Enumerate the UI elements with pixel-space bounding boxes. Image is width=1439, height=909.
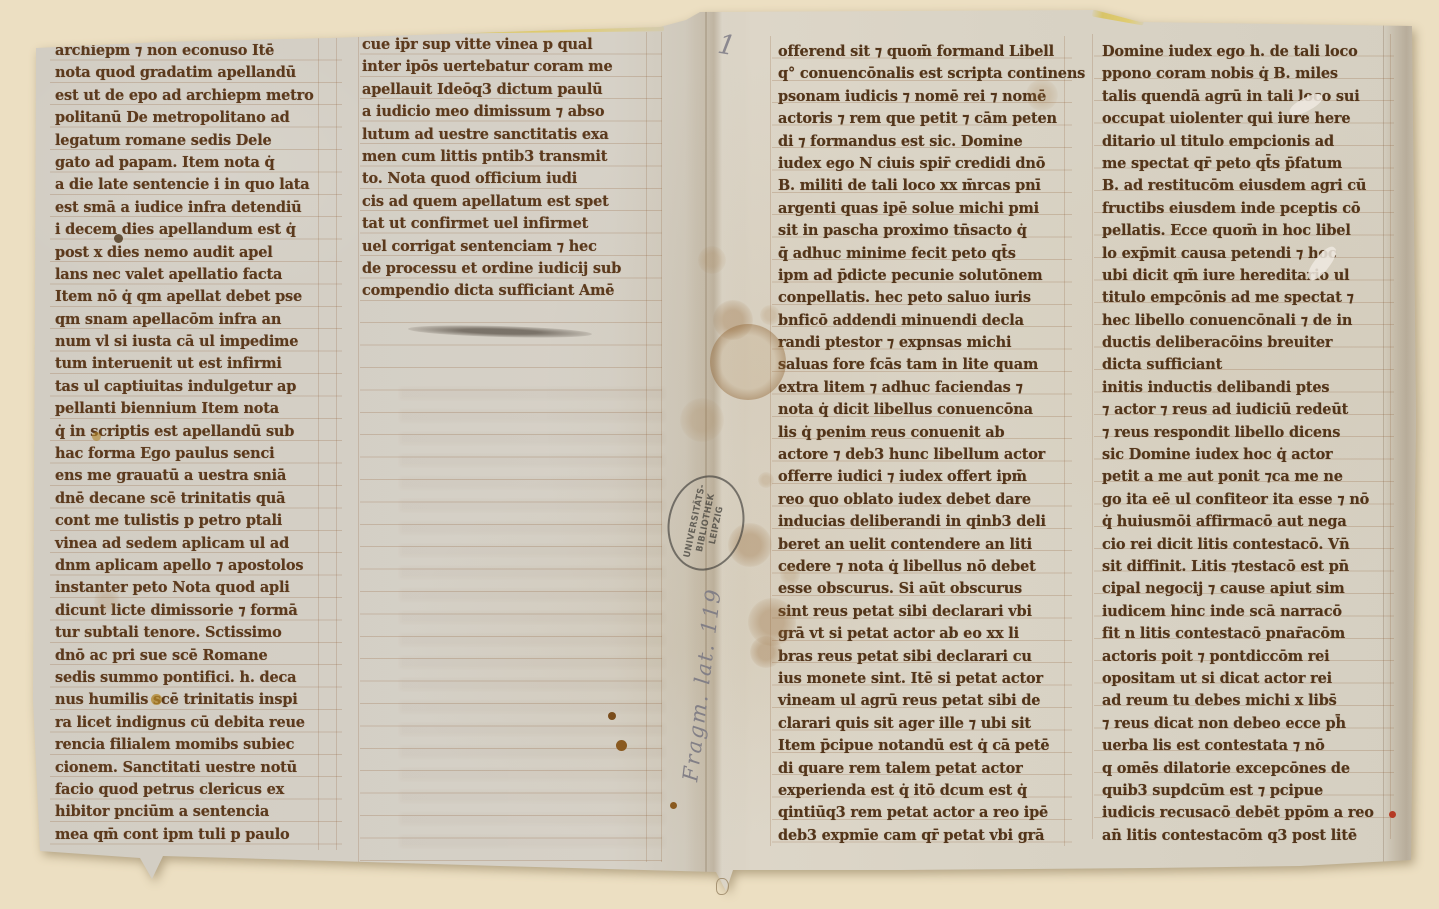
stain xyxy=(750,636,782,668)
manuscript-text-line: dnō ac pri sue scē Romane xyxy=(55,645,355,667)
ink-dot xyxy=(670,802,677,809)
manuscript-text-line: titulo empcōnis ad me spectat ⁊ xyxy=(1102,287,1402,309)
amber-spot xyxy=(151,694,162,705)
manuscript-text-line: randi ptestor ⁊ expnsas michi xyxy=(778,332,1078,354)
manuscript-text-line: nota q̇ dicit libellus conuencōna xyxy=(778,399,1078,421)
manuscript-text-line: vinea ad sedem aplicam ul ad xyxy=(55,533,355,555)
manuscript-text-line: reo quo oblato iudex debet dare xyxy=(778,489,1078,511)
manuscript-text-line: qm snam apellacōm infra an xyxy=(55,309,355,331)
manuscript-text-line: rencia filialem momibs subiec xyxy=(55,734,355,756)
manuscript-text-line: offerre iudici ⁊ iudex offert ipm̄ xyxy=(778,466,1078,488)
manuscript-text-line: uel corrigat sentenciam ⁊ hec xyxy=(362,236,662,258)
manuscript-text-line: sint reus petat sibi declarari vbi xyxy=(778,601,1078,623)
manuscript-text-line: to. Nota quod officium iudi xyxy=(362,168,662,190)
parchment-bifolium: archiepm ⁊ non econuso Itēnota quod grad… xyxy=(30,8,1418,898)
text-column-3: offerend sit ⁊ quom̄ formand Libellq° co… xyxy=(778,41,1078,847)
manuscript-text-line: compendio dicta sufficiant Amē xyxy=(362,280,662,302)
manuscript-text-line: i decem dies apellandum est q̇ xyxy=(55,219,355,241)
manuscript-text-line: ra licet indignus cū debita reue xyxy=(55,712,355,734)
manuscript-text-line: gato ad papam. Item nota q̇ xyxy=(55,152,355,174)
manuscript-text-line: Item p̄cipue notandū est q̇ cā petē xyxy=(778,735,1078,757)
red-pigment-dot xyxy=(1389,811,1396,818)
manuscript-text-line: ens me grauatū a uestra sniā xyxy=(55,465,355,487)
manuscript-text-line: hibitor pnciūm a sentencia xyxy=(55,801,355,823)
manuscript-text-line: petit a me aut ponit ⁊ca me ne xyxy=(1102,466,1402,488)
manuscript-text-line: deb3 expmīe cam qr̄ petat vbi grā xyxy=(778,825,1078,847)
manuscript-text-line: ubi dicit qm̄ iure hereditario ul xyxy=(1102,265,1402,287)
manuscript-text-line: fructibs eiusdem inde pceptis cō xyxy=(1102,198,1402,220)
manuscript-text-line: lo exp̄mit causa petendi ⁊ hoc xyxy=(1102,243,1402,265)
manuscript-text-line: cipal negocij ⁊ cause apiut sim xyxy=(1102,578,1402,600)
manuscript-text-line: post x dies nemo audit apel xyxy=(55,242,355,264)
manuscript-text-line: dicta sufficiant xyxy=(1102,354,1402,376)
manuscript-text-line: esse obscurus. Si aūt obscurus xyxy=(778,578,1078,600)
manuscript-text-line: q omēs dilatorie excepcōnes de xyxy=(1102,758,1402,780)
stain xyxy=(94,588,120,614)
manuscript-text-line: ppono coram nobis q̇ B. miles xyxy=(1102,63,1402,85)
manuscript-text-line: fit n litis contestacō pnar̄acōm xyxy=(1102,623,1402,645)
margin-line xyxy=(1092,34,1093,839)
manuscript-text-line: qintiūq3 rem petat actor a reo ipē xyxy=(778,802,1078,824)
manuscript-text-line: actore ⁊ deb3 hunc libellum actor xyxy=(778,444,1078,466)
manuscript-text-line: tas ul captiuitas indulgetur ap xyxy=(55,376,355,398)
edge-sliver xyxy=(1092,10,1144,26)
manuscript-text-line: dnm aplicam apello ⁊ apostolos xyxy=(55,555,355,577)
manuscript-text-line: facio quod petrus clericus ex xyxy=(55,779,355,801)
manuscript-text-line: go ita eē ul confiteor ita esse ⁊ nō xyxy=(1102,489,1402,511)
manuscript-text-line: nus humilis scē trinitatis inspi xyxy=(55,689,355,711)
manuscript-photo: archiepm ⁊ non econuso Itēnota quod grad… xyxy=(0,0,1439,909)
manuscript-text-line: iudicis recusacō debēt ppōm a reo xyxy=(1102,802,1402,824)
manuscript-text-line: uerba lis est contestata ⁊ nō xyxy=(1102,735,1402,757)
manuscript-text-line: initis inductis delibandi ptes xyxy=(1102,377,1402,399)
manuscript-text-line: q̄ adhuc minime fecit peto qt̄s xyxy=(778,243,1078,265)
manuscript-text-line: cedere ⁊ nota q̇ libellus nō debet xyxy=(778,556,1078,578)
manuscript-text-line: ditario ul titulo empcionis ad xyxy=(1102,131,1402,153)
manuscript-text-line: occupat uiolenter qui iure here xyxy=(1102,108,1402,130)
manuscript-text-line: experienda est q̇ itō dcum est q̇ xyxy=(778,780,1078,802)
manuscript-text-line: cionem. Sanctitati uestre notū xyxy=(55,757,355,779)
manuscript-text-line: vineam ul agrū reus petat sibi de xyxy=(778,690,1078,712)
manuscript-text-line: politanū De metropolitano ad xyxy=(55,107,355,129)
manuscript-text-line: actoris ⁊ rem que petit ⁊ cām peten xyxy=(778,108,1078,130)
manuscript-text-line: saluas fore fcās tam in lite quam xyxy=(778,354,1078,376)
wax-spot xyxy=(114,234,123,243)
manuscript-text-line: ductis deliberacōins breuiter xyxy=(1102,332,1402,354)
manuscript-text-line: est ut de epo ad archiepm metro xyxy=(55,85,355,107)
manuscript-text-line: cont me tulistis p petro ptali xyxy=(55,510,355,532)
manuscript-text-line: B. ad restitucōm eiusdem agri cū xyxy=(1102,175,1402,197)
manuscript-text-line: bnficō addendi minuendi decla xyxy=(778,310,1078,332)
manuscript-text-line: actoris poit ⁊ pontdiccōm rei xyxy=(1102,646,1402,668)
manuscript-text-line: Item nō q̇ qm apellat debet pse xyxy=(55,286,355,308)
manuscript-text-line: beret an uelit contendere an liti xyxy=(778,534,1078,556)
margin-line xyxy=(770,36,771,846)
stain xyxy=(1026,79,1058,111)
manuscript-text-line: sedis summo pontifici. h. deca xyxy=(55,667,355,689)
manuscript-text-line: sit diffinit. Litis ⁊testacō est pn̄ xyxy=(1102,556,1402,578)
manuscript-text-line: ⁊ reus dicat non debeo ecce ph̄ xyxy=(1102,713,1402,735)
manuscript-text-line: conpellatis. hec peto saluo iuris xyxy=(778,287,1078,309)
manuscript-text-line: ipm ad p̄dicte pecunie solutōnem xyxy=(778,265,1078,287)
manuscript-text-line: lutum ad uestre sanctitatis exa xyxy=(362,124,662,146)
manuscript-text-line: lis q̇ penim reus conuenit ab xyxy=(778,422,1078,444)
manuscript-text-line: offerend sit ⁊ quom̄ formand Libell xyxy=(778,41,1078,63)
manuscript-text-line: ad reum tu debes michi x libs̄ xyxy=(1102,690,1402,712)
manuscript-text-line: lans nec valet apellatio facta xyxy=(55,264,355,286)
manuscript-text-line: tum interuenit ut est infirmi xyxy=(55,353,355,375)
manuscript-text-line: q̇ in scriptis est apellandū sub xyxy=(55,421,355,443)
manuscript-text-line: de processu et ordine iudicij sub xyxy=(362,258,662,280)
stain xyxy=(780,565,800,585)
manuscript-text-line: grā vt si petat actor ab eo xx li xyxy=(778,623,1078,645)
manuscript-text-line: tat ut confirmet uel infirmet xyxy=(362,213,662,235)
ink-dot xyxy=(608,712,616,720)
manuscript-text-line: extra litem ⁊ adhuc faciendas ⁊ xyxy=(778,377,1078,399)
manuscript-text-line: cue ip̄r sup vitte vinea p qual xyxy=(362,34,662,56)
manuscript-text-line: Domine iudex ego h. de tali loco xyxy=(1102,41,1402,63)
manuscript-text-line: tur subtali tenore. Sctissimo xyxy=(55,622,355,644)
manuscript-text-line: pellatis. Ecce quom̄ in hoc libel xyxy=(1102,220,1402,242)
manuscript-text-line: est smā a iudice infra detendiū xyxy=(55,197,355,219)
manuscript-text-line: hac forma Ego paulus senci xyxy=(55,443,355,465)
manuscript-text-line: ⁊ actor ⁊ reus ad iudiciū redeūt xyxy=(1102,399,1402,421)
manuscript-text-line: sit in pascha proximo tn̄sacto q̇ xyxy=(778,220,1078,242)
manuscript-text-line: clarari quis sit ager ille ⁊ ubi sit xyxy=(778,713,1078,735)
manuscript-text-line: me spectat qr̄ peto qt̄s p̄fatum xyxy=(1102,153,1402,175)
manuscript-text-line: bras reus petat sibi declarari cu xyxy=(778,646,1078,668)
manuscript-text-line: quib3 supdcūm est ⁊ pcipue xyxy=(1102,780,1402,802)
manuscript-text-line: pellanti biennium Item nota xyxy=(55,398,355,420)
manuscript-text-line: opositam ut si dicat actor rei xyxy=(1102,668,1402,690)
text-column-2: cue ip̄r sup vitte vinea p qualinter ipō… xyxy=(362,34,662,303)
text-column-4: Domine iudex ego h. de tali locoppono co… xyxy=(1102,41,1402,847)
manuscript-text-line: talis quendā agrū in tali loco sui xyxy=(1102,86,1402,108)
manuscript-text-line: iudicem hinc inde scā narracō xyxy=(1102,601,1402,623)
manuscript-text-line: di quare rem talem petat actor xyxy=(778,758,1078,780)
manuscript-text-line: legatum romane sedis Dele xyxy=(55,130,355,152)
text-column-1: archiepm ⁊ non econuso Itēnota quod grad… xyxy=(55,40,355,846)
manuscript-text-line: cio rei dicit litis contestacō. Vn̄ xyxy=(1102,534,1402,556)
manuscript-text-line: ⁊ reus respondit libello dicens xyxy=(1102,422,1402,444)
manuscript-text-line: a die late sentencie i in quo lata xyxy=(55,174,355,196)
manuscript-text-line: num vl si iusta cā ul impedime xyxy=(55,331,355,353)
parchment-surface: archiepm ⁊ non econuso Itēnota quod grad… xyxy=(30,8,1418,898)
manuscript-text-line: nota quod gradatim apellandū xyxy=(55,62,355,84)
stain xyxy=(698,246,726,274)
manuscript-text-line: sic Domine iudex hoc q̇ actor xyxy=(1102,444,1402,466)
manuscript-text-line: dnē decane scē trinitatis quā xyxy=(55,488,355,510)
stain xyxy=(713,300,753,340)
manuscript-text-line: men cum littis pntib3 transmit xyxy=(362,146,662,168)
manuscript-text-line: cis ad quem apellatum est spet xyxy=(362,191,662,213)
manuscript-text-line: inter ipōs uertebatur coram me xyxy=(362,56,662,78)
margin-line xyxy=(358,32,359,862)
ink-showthrough xyxy=(400,388,665,858)
manuscript-text-line: an̄ litis contestacōm q3 post litē xyxy=(1102,825,1402,847)
manuscript-text-line: archiepm ⁊ non econuso Itē xyxy=(55,40,355,62)
manuscript-text-line: hec libello conuencōnali ⁊ de in xyxy=(1102,310,1402,332)
amber-spot xyxy=(92,432,101,441)
manuscript-text-line: a iudicio meo dimissum ⁊ abso xyxy=(362,101,662,123)
manuscript-text-line: di ⁊ formandus est sic. Domine xyxy=(778,131,1078,153)
manuscript-text-line: B. militi de tali loco xx m̄rcas pnī xyxy=(778,175,1078,197)
manuscript-text-line: inducias deliberandi in qinb3 deli xyxy=(778,511,1078,533)
manuscript-text-line: q̇ huiusmōi affirmacō aut nega xyxy=(1102,511,1402,533)
manuscript-text-line: ius monete sint. Itē si petat actor xyxy=(778,668,1078,690)
manuscript-text-line: iudex ego N ciuis spir̄ credidi dnō xyxy=(778,153,1078,175)
manuscript-text-line: argenti quas ipē solue michi pmi xyxy=(778,198,1078,220)
stain xyxy=(680,398,724,442)
stain xyxy=(760,305,780,325)
ink-dot xyxy=(616,740,627,751)
manuscript-text-line: apellauit Ideōq3 dictum paulū xyxy=(362,79,662,101)
manuscript-text-line: mea qm̄ cont ipm tuli p paulo xyxy=(55,824,355,846)
stain xyxy=(758,472,774,488)
